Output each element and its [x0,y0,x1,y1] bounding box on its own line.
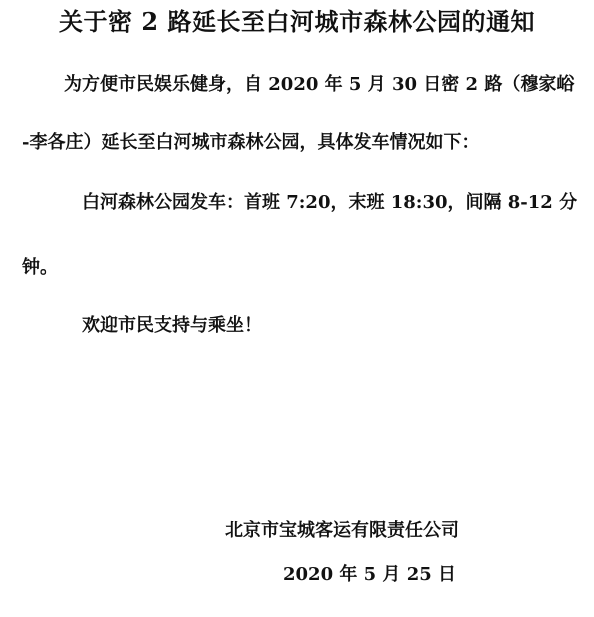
paragraph-2-line-1: 白河森林公园发车：首班 7:20，末班 18:30，间隔 8-12 分 [82,190,577,216]
paragraph-2-line-2: 钟。 [22,255,58,281]
paragraph-3-welcome: 欢迎市民支持与乘坐！ [82,313,262,339]
signature-date: 2020 年 5 月 25 日 [283,562,456,588]
notice-title: 关于密 2 路延长至白河城市森林公园的通知 [0,6,594,38]
paragraph-1-line-2: -李各庄）延长至白河城市森林公园，具体发车情况如下： [22,130,479,156]
signature-organization: 北京市宝城客运有限责任公司 [225,518,459,544]
paragraph-1-line-1: 为方便市民娱乐健身，自 2020 年 5 月 30 日密 2 路（穆家峪 [64,72,574,98]
